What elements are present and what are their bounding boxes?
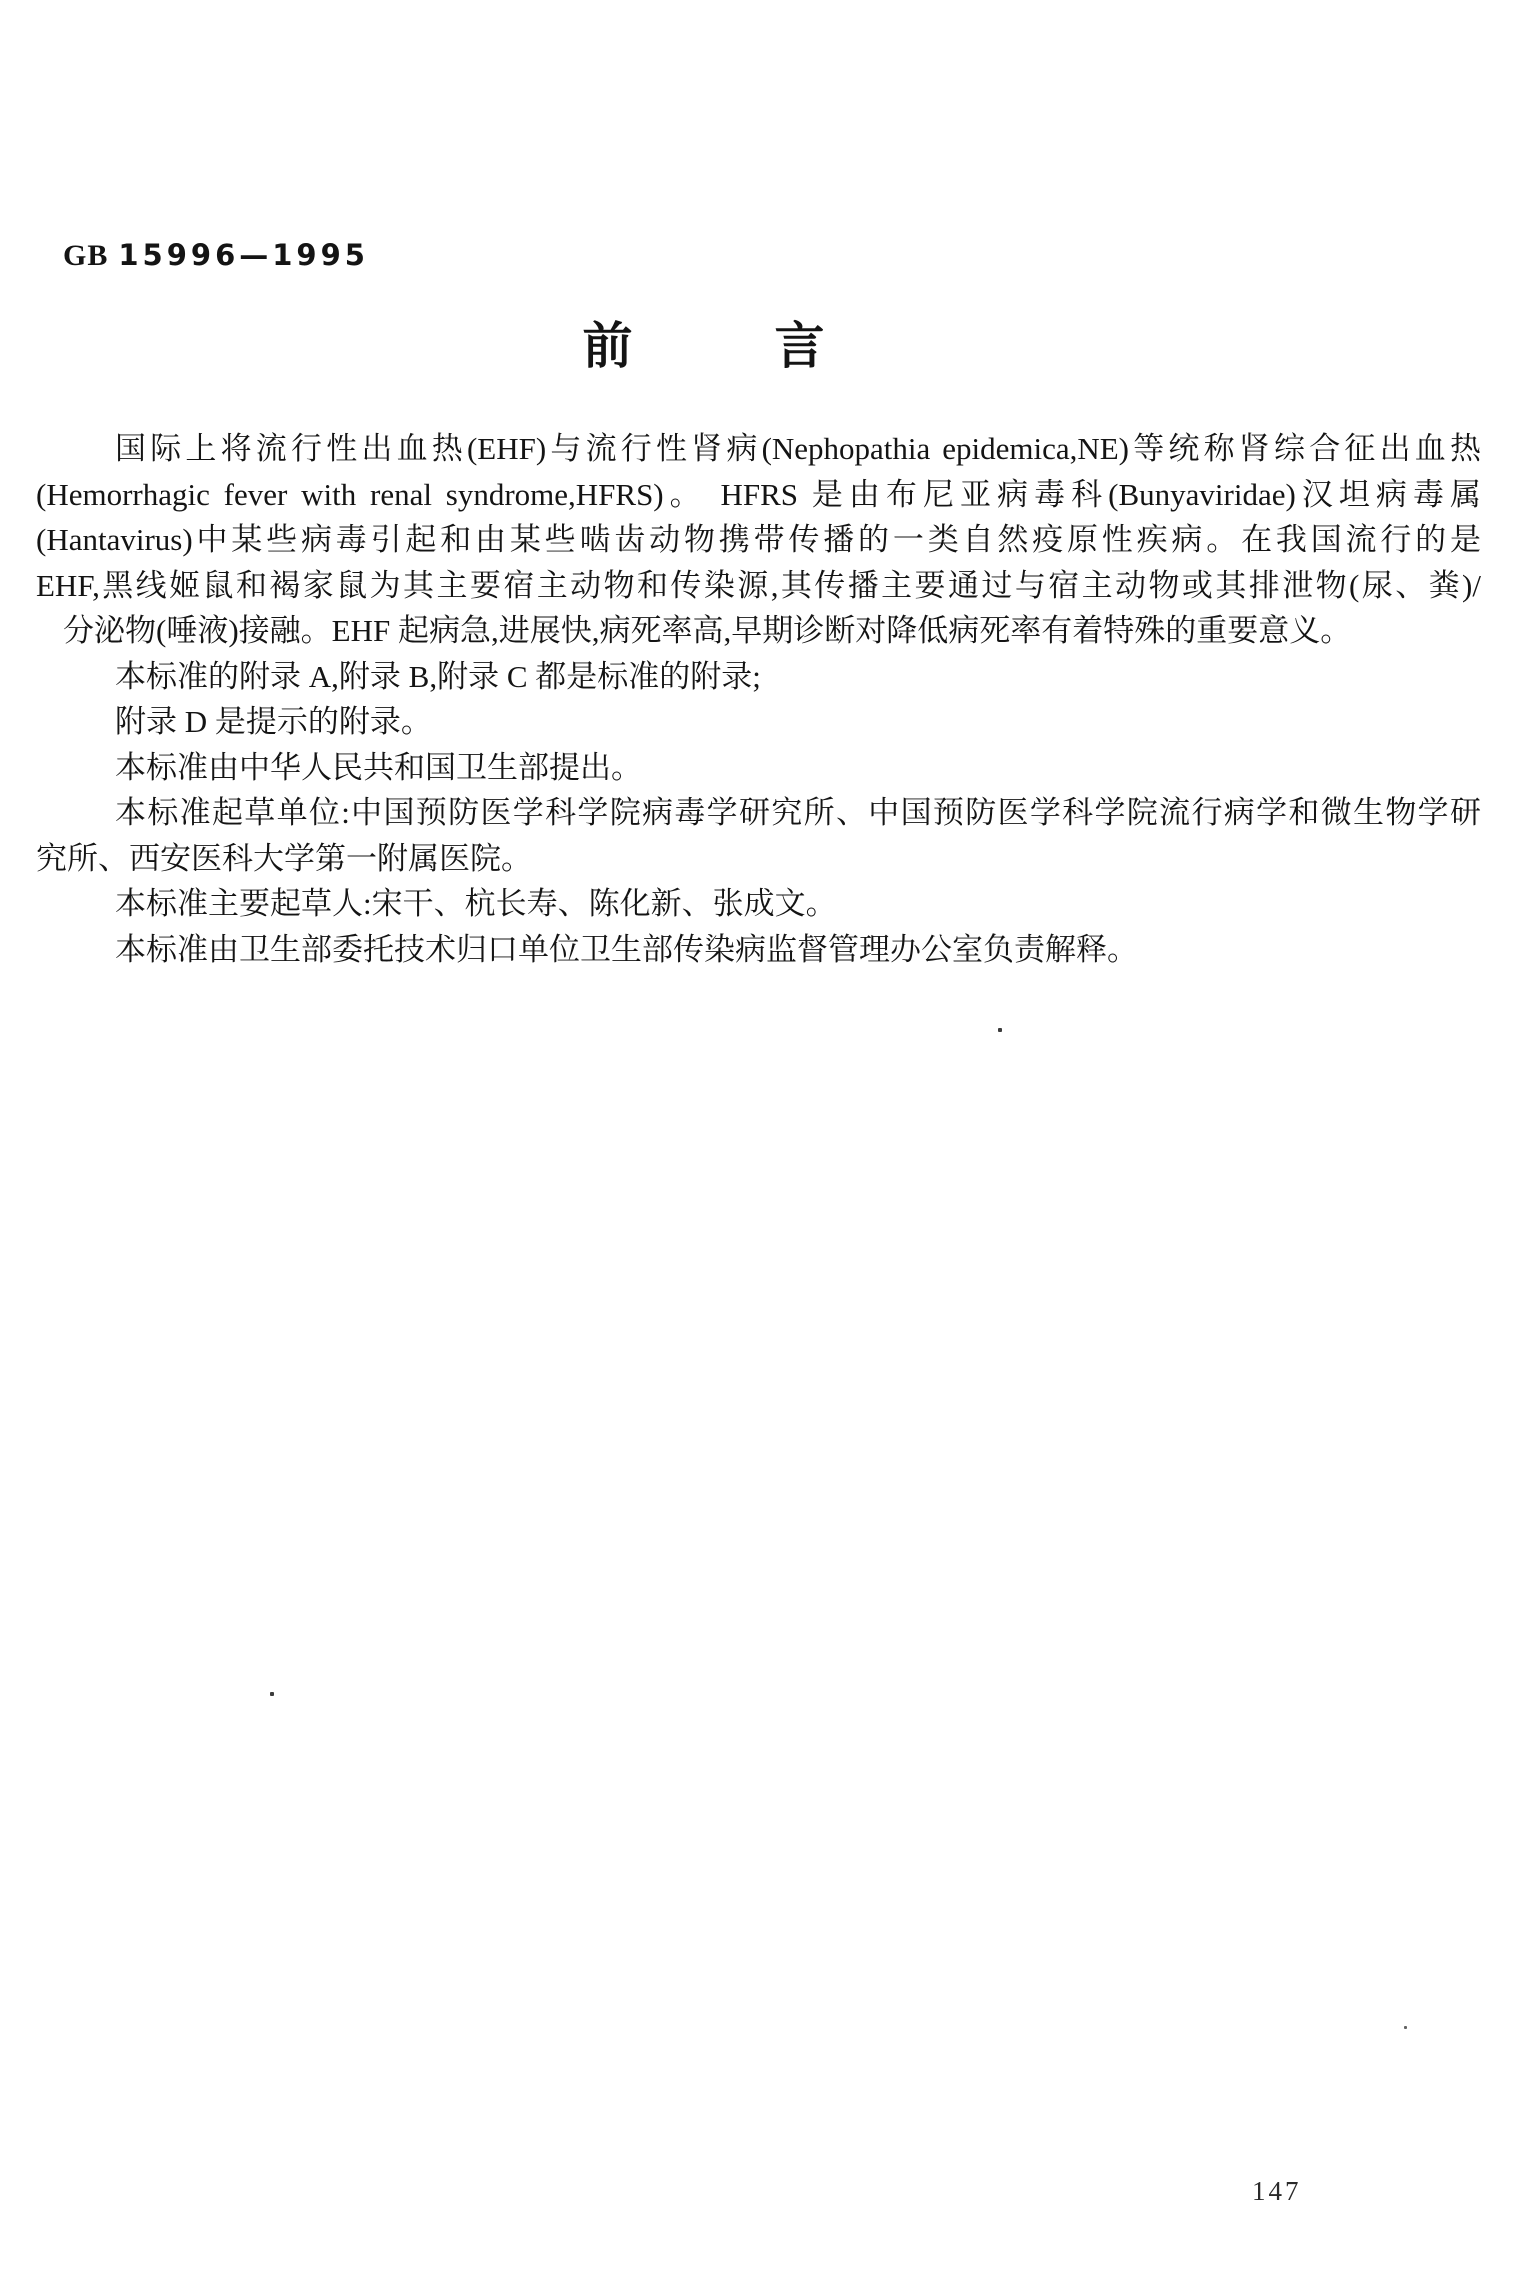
body-line: 本标准起草单位:中国预防医学科学院病毒学研究所、中国预防医学科学院流行病学和微生… — [63, 790, 1481, 836]
page-number: 147 — [1252, 2176, 1302, 2207]
scan-speck — [270, 1692, 274, 1696]
standard-code: GB15996—1995 — [63, 238, 369, 273]
body-line: 本标准的附录 A,附录 B,附录 C 都是标准的附录; — [63, 654, 1481, 700]
body-line: 本标准由中华人民共和国卫生部提出。 — [63, 745, 1481, 791]
page-title-char-right: 言 — [775, 318, 825, 374]
body-line: EHF,黑线姬鼠和褐家鼠为其主要宿主动物和传染源,其传播主要通过与宿主动物或其排… — [36, 563, 1481, 609]
standard-code-number: 15996—1995 — [118, 238, 369, 272]
scan-speck — [998, 1028, 1002, 1032]
body-line: 附录 D 是提示的附录。 — [63, 699, 1481, 745]
body-line: 国际上将流行性出血热(EHF)与流行性肾病(Nephopathia epidem… — [63, 426, 1481, 472]
body-line: 分泌物(唾液)接融。EHF 起病急,进展快,病死率高,早期诊断对降低病死率有着特… — [63, 608, 1481, 654]
body-text: 国际上将流行性出血热(EHF)与流行性肾病(Nephopathia epidem… — [63, 426, 1481, 972]
document-page: GB15996—1995 前言 国际上将流行性出血热(EHF)与流行性肾病(Ne… — [0, 0, 1536, 2285]
body-line: 本标准由卫生部委托技术归口单位卫生部传染病监督管理办公室负责解释。 — [63, 927, 1481, 973]
page-title-char-left: 前 — [583, 318, 633, 374]
body-line: (Hemorrhagic fever with renal syndrome,H… — [36, 472, 1481, 518]
standard-code-prefix: GB — [63, 239, 108, 272]
body-line: 本标准主要起草人:宋干、杭长寿、陈化新、张成文。 — [63, 881, 1481, 927]
scan-speck — [1404, 2026, 1407, 2029]
body-line: (Hantavirus)中某些病毒引起和由某些啮齿动物携带传播的一类自然疫原性疾… — [36, 517, 1481, 563]
page-title: 前言 — [0, 318, 1407, 374]
body-line: 究所、西安医科大学第一附属医院。 — [36, 836, 1481, 882]
